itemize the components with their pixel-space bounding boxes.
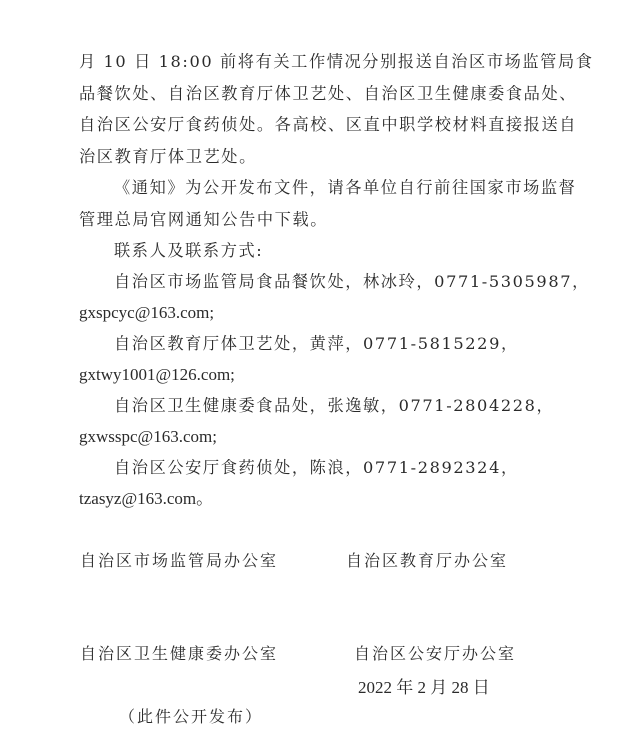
paragraph-1-line-2: 品餐饮处、自治区教育厅体卫艺处、自治区卫生健康委食品处、 xyxy=(79,84,577,104)
paragraph-1-line-3: 自治区公安厅食药侦处。各高校、区直中职学校材料直接报送自 xyxy=(79,115,577,135)
paragraph-2-line-1: 《通知》为公开发布文件，请各单位自行前往国家市场监督 xyxy=(114,178,576,198)
paragraph-1-line-1: 月 10 日 18:00 前将有关工作情况分别报送自治区市场监管局食 xyxy=(79,52,594,72)
paragraph-1-line-4: 治区教育厅体卫艺处。 xyxy=(79,147,257,167)
paragraph-2-line-2: 管理总局官网通知公告中下载。 xyxy=(79,210,328,230)
contact-3-email: gxwsspc@163.com; xyxy=(79,427,217,447)
contact-1-email: gxspcyc@163.com; xyxy=(79,303,214,323)
contact-2-line: 自治区教育厅体卫艺处，黄萍，0771-5815229， xyxy=(114,334,519,354)
contact-4-email: tzasyz@163.com。 xyxy=(79,489,213,509)
contacts-heading: 联系人及联系方式: xyxy=(114,241,263,261)
contact-1-line: 自治区市场监管局食品餐饮处，林冰玲，0771-5305987， xyxy=(114,272,590,292)
contact-4-line: 自治区公安厅食药侦处，陈浪，0771-2892324， xyxy=(114,458,519,478)
contact-2-email: gxtwy1001@126.com; xyxy=(79,365,235,385)
signature-health: 自治区卫生健康委办公室 xyxy=(80,641,278,664)
document-date: 2022 年 2 月 28 日 xyxy=(358,673,490,698)
signature-public-security: 自治区公安厅办公室 xyxy=(354,641,516,664)
contact-3-line: 自治区卫生健康委食品处，张逸敏，0771-2804228， xyxy=(114,396,554,416)
signature-market-regulation: 自治区市场监管局办公室 xyxy=(80,548,278,571)
footer-note: （此件公开发布） xyxy=(119,704,263,727)
signature-education: 自治区教育厅办公室 xyxy=(346,548,508,571)
